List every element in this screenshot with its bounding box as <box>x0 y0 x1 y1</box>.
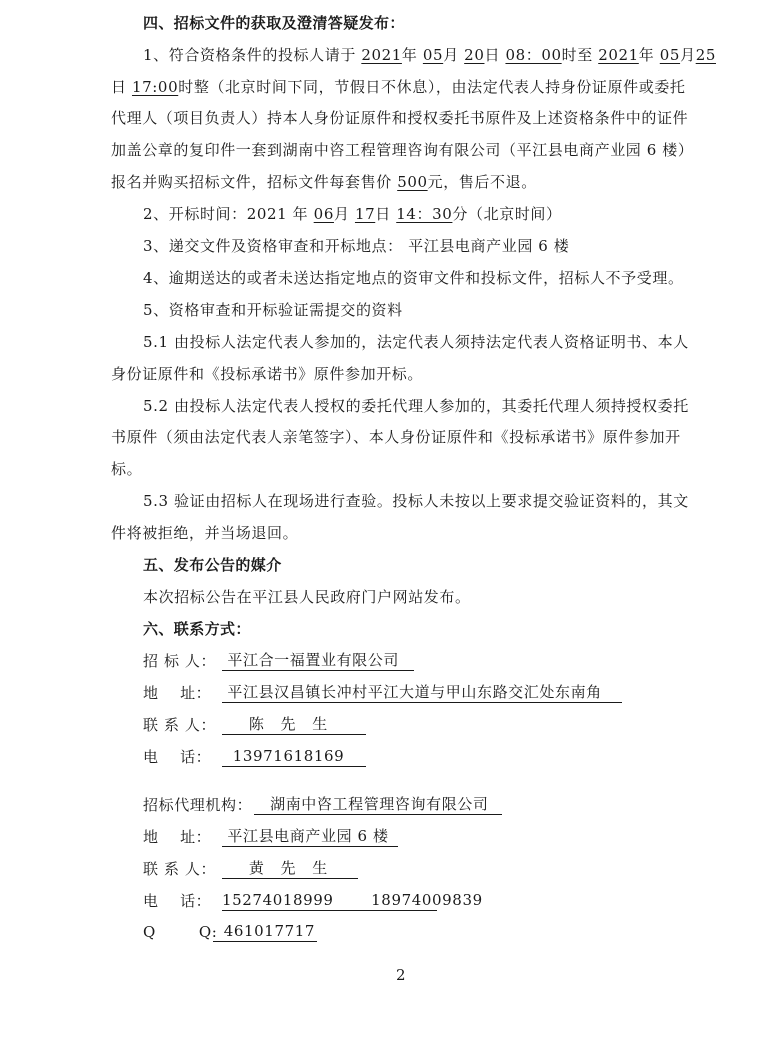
start-year: 2021 <box>361 46 402 64</box>
opening-month: 06 <box>314 205 334 223</box>
tenderer-contact-label: 联 系 人： <box>143 715 216 735</box>
section-5-text: 本次招标公告在平江县人民政府门户网站发布。 <box>143 587 471 607</box>
agency-qq-row: Q Q: 461017717 <box>111 922 697 942</box>
end-time: 17:00 <box>132 78 178 96</box>
section-6-heading: 六、联系方式： <box>143 619 251 639</box>
agency-contact-row: 联 系 人： 黄 先 生 <box>111 859 697 879</box>
agency-qq-value: 461017717 <box>213 922 317 942</box>
page-number: 2 <box>396 966 406 984</box>
tenderer-contact-value: 陈 先 生 <box>222 715 366 735</box>
start-month: 05 <box>423 46 443 64</box>
end-year: 2021 <box>598 46 639 64</box>
agency-name-row: 招标代理机构： 湖南中咨工程管理咨询有限公司 <box>111 795 697 815</box>
agency-phone-value: 15274018999 18974009839 <box>222 891 437 911</box>
agency-name-value: 湖南中咨工程管理咨询有限公司 <box>254 795 502 815</box>
tenderer-address-label: 地 址： <box>143 683 211 703</box>
agency-address-label: 地 址： <box>143 827 211 847</box>
opening-day: 17 <box>355 205 375 223</box>
item-5-2-line-3: 标。 <box>111 459 142 479</box>
tenderer-name-row: 招 标 人： 平江合一福置业有限公司 <box>111 651 697 671</box>
tenderer-phone-value: 13971618169 <box>222 747 366 767</box>
start-time: 08：00 <box>505 46 561 64</box>
document-price: 500 <box>397 173 427 191</box>
item-1-line-5: 报名并购买招标文件，招标文件每套售价 500元，售后不退。 <box>111 172 537 192</box>
item-5-3-line-1: 5.3 验证由招标人在现场进行查验。投标人未按以上要求提交验证资料的，其文 <box>143 491 689 511</box>
item-5-2-line-2: 书原件（须由法定代表人亲笔签字）、本人身份证原件和《投标承诺书》原件参加开 <box>111 427 681 447</box>
agency-address-value: 平江县电商产业园 6 楼 <box>222 827 398 847</box>
item-5-1-line-2: 身份证原件和《投标承诺书》原件参加开标。 <box>111 364 423 384</box>
tenderer-phone-label: 电 话： <box>143 747 211 767</box>
agency-address-row: 地 址： 平江县电商产业园 6 楼 <box>111 827 697 847</box>
end-day: 25 <box>696 46 716 64</box>
item-5-2-line-1: 5.2 由投标人法定代表人授权的委托代理人参加的，其委托代理人须持授权委托 <box>143 396 689 416</box>
agency-contact-label: 联 系 人： <box>143 859 216 879</box>
start-day: 20 <box>464 46 484 64</box>
tenderer-name-value: 平江合一福置业有限公司 <box>222 651 414 671</box>
item-1-line-3: 代理人（项目负责人）持本人身份证原件和授权委托书原件及上述资格条件中的证件 <box>111 108 688 128</box>
tenderer-phone-row: 电 话： 13971618169 <box>111 747 697 767</box>
agency-qq-label: Q Q: <box>143 922 217 942</box>
agency-contact-value: 黄 先 生 <box>222 859 358 879</box>
item-5-1-line-1: 5.1 由投标人法定代表人参加的，法定代表人须持法定代表人资格证明书、本人 <box>143 332 689 352</box>
item-2-bid-opening-time: 2、开标时间：2021 年 06月 17日 14：30分（北京时间） <box>143 204 562 224</box>
item-4-late-submission: 4、逾期送达的或者未送达指定地点的资审文件和投标文件，招标人不予受理。 <box>143 268 684 288</box>
tenderer-address-row: 地 址： 平江县汉昌镇长冲村平江大道与甲山东路交汇处东南角 <box>111 683 697 703</box>
item-3-location: 3、递交文件及资格审查和开标地点： 平江县电商产业园 6 楼 <box>143 236 569 256</box>
item-5-3-line-2: 件将被拒绝，并当场退回。 <box>111 523 298 543</box>
item-1-line-4: 加盖公章的复印件一套到湖南中咨工程管理咨询有限公司（平江县电商产业园 6 楼） <box>111 140 693 160</box>
section-4-heading: 四、招标文件的获取及澄清答疑发布： <box>143 13 405 33</box>
tenderer-name-label: 招 标 人： <box>143 651 216 671</box>
item-1-line-1: 1、符合资格条件的投标人请于 2021年 05月 20日 08：00时至 202… <box>143 45 716 65</box>
agency-name-label: 招标代理机构： <box>143 795 252 815</box>
item-1-line-2: 日 17:00时整（北京时间下同，节假日不休息），由法定代表人持身份证原件或委托 <box>111 77 686 97</box>
agency-phone-row: 电 话： 15274018999 18974009839 <box>111 891 697 911</box>
opening-time: 14：30 <box>396 205 452 223</box>
agency-phone-label: 电 话： <box>143 891 211 911</box>
section-5-heading: 五、发布公告的媒介 <box>143 555 282 575</box>
tenderer-address-value: 平江县汉昌镇长冲村平江大道与甲山东路交汇处东南角 <box>222 683 622 703</box>
item-5-required-materials: 5、资格审查和开标验证需提交的资料 <box>143 300 403 320</box>
tenderer-contact-row: 联 系 人： 陈 先 生 <box>111 715 697 735</box>
end-month: 05 <box>660 46 680 64</box>
